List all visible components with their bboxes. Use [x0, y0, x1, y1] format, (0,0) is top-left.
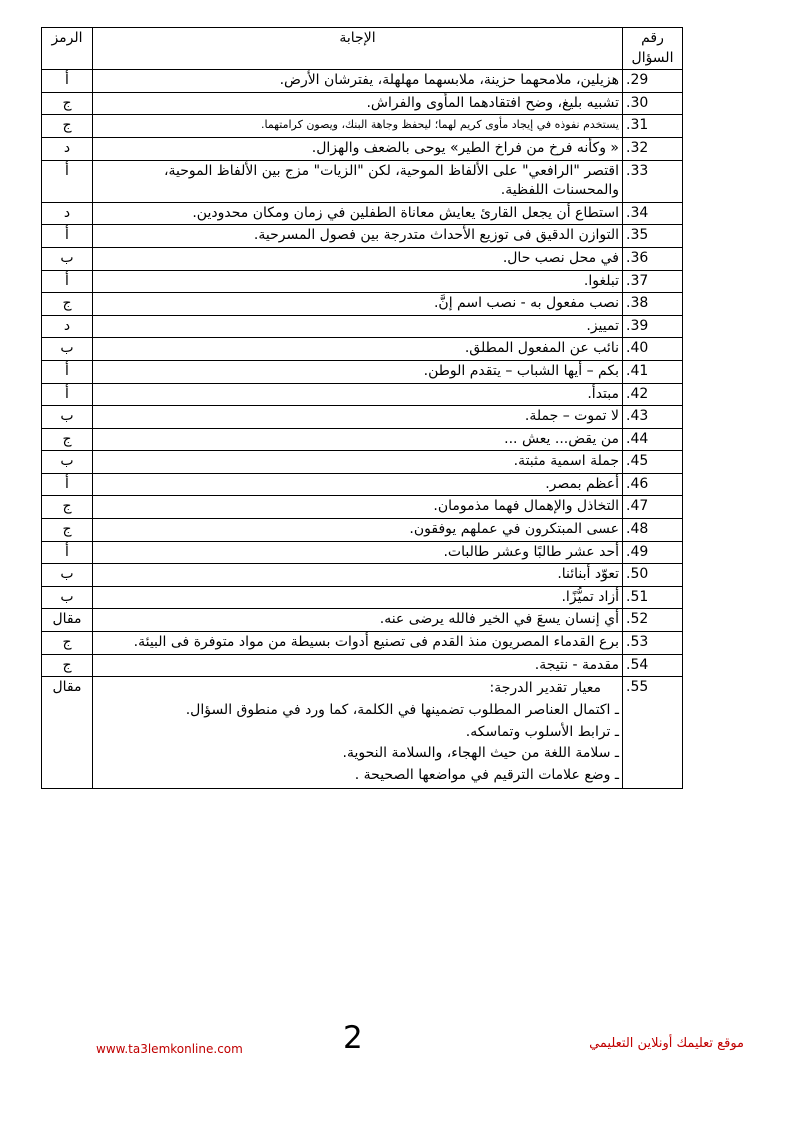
document-page: رقم السؤال الإجابة الرمز 29.هزيلين، ملام…: [0, 0, 794, 1123]
header-row: رقم السؤال الإجابة الرمز: [42, 28, 683, 70]
code-cell: أ: [42, 383, 93, 406]
table-header: رقم السؤال الإجابة الرمز: [42, 28, 683, 70]
question-number-cell: 39.: [623, 315, 683, 338]
question-number-cell: 41.: [623, 360, 683, 383]
question-number-cell: 48.: [623, 519, 683, 542]
answer-cell: نصب مفعول به - نصب اسم إنَّ.: [93, 293, 623, 316]
answer-cell: برع القدماء المصريون منذ القدم فى تصنيع …: [93, 632, 623, 655]
question-number-cell: 40.: [623, 338, 683, 361]
question-number-cell: 32.: [623, 137, 683, 160]
code-cell: أ: [42, 473, 93, 496]
column-header-code: الرمز: [42, 28, 93, 70]
table-row: 33.اقتصر "الرافعي" على الألفاظ الموحية، …: [42, 160, 683, 202]
question-number-cell: 49.: [623, 541, 683, 564]
table-row: 40.نائب عن المفعول المطلق.ب: [42, 338, 683, 361]
code-cell: أ: [42, 70, 93, 93]
answer-cell: التخاذل والإهمال فهما مذمومان.: [93, 496, 623, 519]
table-row: 29.هزيلين، ملامحهما حزينة، ملابسهما مهله…: [42, 70, 683, 93]
answer-cell: أزاد تميُّزًا.: [93, 586, 623, 609]
code-cell: د: [42, 202, 93, 225]
answer-cell: من يقض... يعش ...: [93, 428, 623, 451]
answer-line: ـ ترابط الأسلوب وتماسكه.: [96, 722, 619, 744]
question-number-cell: 35.: [623, 225, 683, 248]
table-row: 55.معيار تقدير الدرجة:ـ اكتمال العناصر ا…: [42, 677, 683, 788]
answer-cell: في محل نصب حال.: [93, 247, 623, 270]
answer-cell: « وكأنه فرخ من فراخ الطير» يوحى بالضعف و…: [93, 137, 623, 160]
answer-cell: جملة اسمية مثبتة.: [93, 451, 623, 474]
question-number-cell: 53.: [623, 632, 683, 655]
code-cell: ب: [42, 451, 93, 474]
table-row: 51.أزاد تميُّزًا.ب: [42, 586, 683, 609]
question-number-cell: 43.: [623, 406, 683, 429]
question-number-cell: 46.: [623, 473, 683, 496]
column-header-answer: الإجابة: [93, 28, 623, 70]
answer-line: ـ سلامة اللغة من حيث الهجاء، والسلامة ال…: [96, 743, 619, 765]
table-row: 38.نصب مفعول به - نصب اسم إنَّ.ج: [42, 293, 683, 316]
question-number-cell: 50.: [623, 564, 683, 587]
code-cell: أ: [42, 225, 93, 248]
question-number-cell: 33.: [623, 160, 683, 202]
answer-cell: تبلغوا.: [93, 270, 623, 293]
table-row: 41.بكم – أيها الشباب – يتقدم الوطن.أ: [42, 360, 683, 383]
question-number-cell: 29.: [623, 70, 683, 93]
answer-cell: هزيلين، ملامحهما حزينة، ملابسهما مهلهلة،…: [93, 70, 623, 93]
answer-cell: لا تموت – جملة.: [93, 406, 623, 429]
table-row: 31.يستخدم نفوذه في إيجاد مأوى كريم لهما؛…: [42, 115, 683, 138]
code-cell: مقال: [42, 609, 93, 632]
question-number-cell: 54.: [623, 654, 683, 677]
answer-cell: مبتدأ.: [93, 383, 623, 406]
question-number-cell: 47.: [623, 496, 683, 519]
answer-line: ـ وضع علامات الترقيم في مواضعها الصحيحة …: [96, 765, 619, 787]
answer-cell: أحد عشر طالبًا وعشر طالبات.: [93, 541, 623, 564]
code-cell: ج: [42, 115, 93, 138]
code-cell: د: [42, 315, 93, 338]
table-row: 54.مقدمة - نتيجة.ج: [42, 654, 683, 677]
answer-cell: معيار تقدير الدرجة:ـ اكتمال العناصر المط…: [93, 677, 623, 788]
answer-cell: تعوّد أبنائنا.: [93, 564, 623, 587]
table-row: 42.مبتدأ.أ: [42, 383, 683, 406]
question-number-cell: 42.: [623, 383, 683, 406]
question-number-cell: 52.: [623, 609, 683, 632]
question-number-cell: 38.: [623, 293, 683, 316]
code-cell: د: [42, 137, 93, 160]
code-cell: ج: [42, 519, 93, 542]
answer-cell: تشبيه بليغ، وضح افتقادهما المأوى والفراش…: [93, 92, 623, 115]
code-cell: ب: [42, 586, 93, 609]
answer-cell: أعظم بمصر.: [93, 473, 623, 496]
answer-cell: تمييز.: [93, 315, 623, 338]
code-cell: أ: [42, 541, 93, 564]
question-number-cell: 30.: [623, 92, 683, 115]
code-cell: ب: [42, 338, 93, 361]
table-row: 52.أي إنسان يسعَ في الخير فالله يرضى عنه…: [42, 609, 683, 632]
answer-cell: مقدمة - نتيجة.: [93, 654, 623, 677]
answer-cell: التوازن الدقيق فى توزيع الأحداث متدرجة ب…: [93, 225, 623, 248]
table-row: 48.عسى المبتكرون في عملهم يوفقون.ج: [42, 519, 683, 542]
table-row: 32.« وكأنه فرخ من فراخ الطير» يوحى بالضع…: [42, 137, 683, 160]
table-row: 34.استطاع أن يجعل القارئ يعايش معاناة ال…: [42, 202, 683, 225]
answer-cell: يستخدم نفوذه في إيجاد مأوى كريم لهما؛ لي…: [93, 115, 623, 138]
question-number-cell: 45.: [623, 451, 683, 474]
question-number-cell: 34.: [623, 202, 683, 225]
table-row: 45.جملة اسمية مثبتة.ب: [42, 451, 683, 474]
answer-cell: عسى المبتكرون في عملهم يوفقون.: [93, 519, 623, 542]
table-row: 46.أعظم بمصر.أ: [42, 473, 683, 496]
question-number-cell: 55.: [623, 677, 683, 788]
code-cell: ج: [42, 632, 93, 655]
code-cell: ج: [42, 92, 93, 115]
answer-key-table: رقم السؤال الإجابة الرمز 29.هزيلين، ملام…: [41, 27, 683, 789]
question-number-cell: 51.: [623, 586, 683, 609]
answer-cell: بكم – أيها الشباب – يتقدم الوطن.: [93, 360, 623, 383]
code-cell: أ: [42, 360, 93, 383]
code-cell: ج: [42, 496, 93, 519]
table-row: 47.التخاذل والإهمال فهما مذمومان.ج: [42, 496, 683, 519]
answer-line: معيار تقدير الدرجة:: [96, 678, 619, 700]
footer-site-name: موقع تعليمك أونلاين التعليمي: [589, 1036, 744, 1051]
question-number-cell: 44.: [623, 428, 683, 451]
table-row: 53.برع القدماء المصريون منذ القدم فى تصن…: [42, 632, 683, 655]
question-number-cell: 36.: [623, 247, 683, 270]
table-row: 39.تمييز.د: [42, 315, 683, 338]
column-header-question-number: رقم السؤال: [623, 28, 683, 70]
answer-cell: أي إنسان يسعَ في الخير فالله يرضى عنه.: [93, 609, 623, 632]
table-row: 44.من يقض... يعش ...ج: [42, 428, 683, 451]
table-row: 36.في محل نصب حال.ب: [42, 247, 683, 270]
table-row: 37.تبلغوا.أ: [42, 270, 683, 293]
code-cell: ب: [42, 564, 93, 587]
table-row: 50.تعوّد أبنائنا.ب: [42, 564, 683, 587]
page-number: 2: [343, 1020, 363, 1056]
code-cell: ج: [42, 654, 93, 677]
table-row: 35.التوازن الدقيق فى توزيع الأحداث متدرج…: [42, 225, 683, 248]
answer-cell: نائب عن المفعول المطلق.: [93, 338, 623, 361]
code-cell: أ: [42, 160, 93, 202]
code-cell: ج: [42, 293, 93, 316]
code-cell: ب: [42, 247, 93, 270]
answer-cell: استطاع أن يجعل القارئ يعايش معاناة الطفل…: [93, 202, 623, 225]
answer-cell: اقتصر "الرافعي" على الألفاظ الموحية، لكن…: [93, 160, 623, 202]
table-row: 43.لا تموت – جملة.ب: [42, 406, 683, 429]
code-cell: أ: [42, 270, 93, 293]
code-cell: ج: [42, 428, 93, 451]
table-row: 30.تشبيه بليغ، وضح افتقادهما المأوى والف…: [42, 92, 683, 115]
question-number-cell: 31.: [623, 115, 683, 138]
footer-site-url[interactable]: www.ta3lemkonline.com: [96, 1042, 243, 1056]
code-cell: ب: [42, 406, 93, 429]
table-row: 49.أحد عشر طالبًا وعشر طالبات.أ: [42, 541, 683, 564]
question-number-cell: 37.: [623, 270, 683, 293]
code-cell: مقال: [42, 677, 93, 788]
answer-line: ـ اكتمال العناصر المطلوب تضمينها في الكل…: [96, 700, 619, 722]
answer-rows: 29.هزيلين، ملامحهما حزينة، ملابسهما مهله…: [42, 70, 683, 788]
